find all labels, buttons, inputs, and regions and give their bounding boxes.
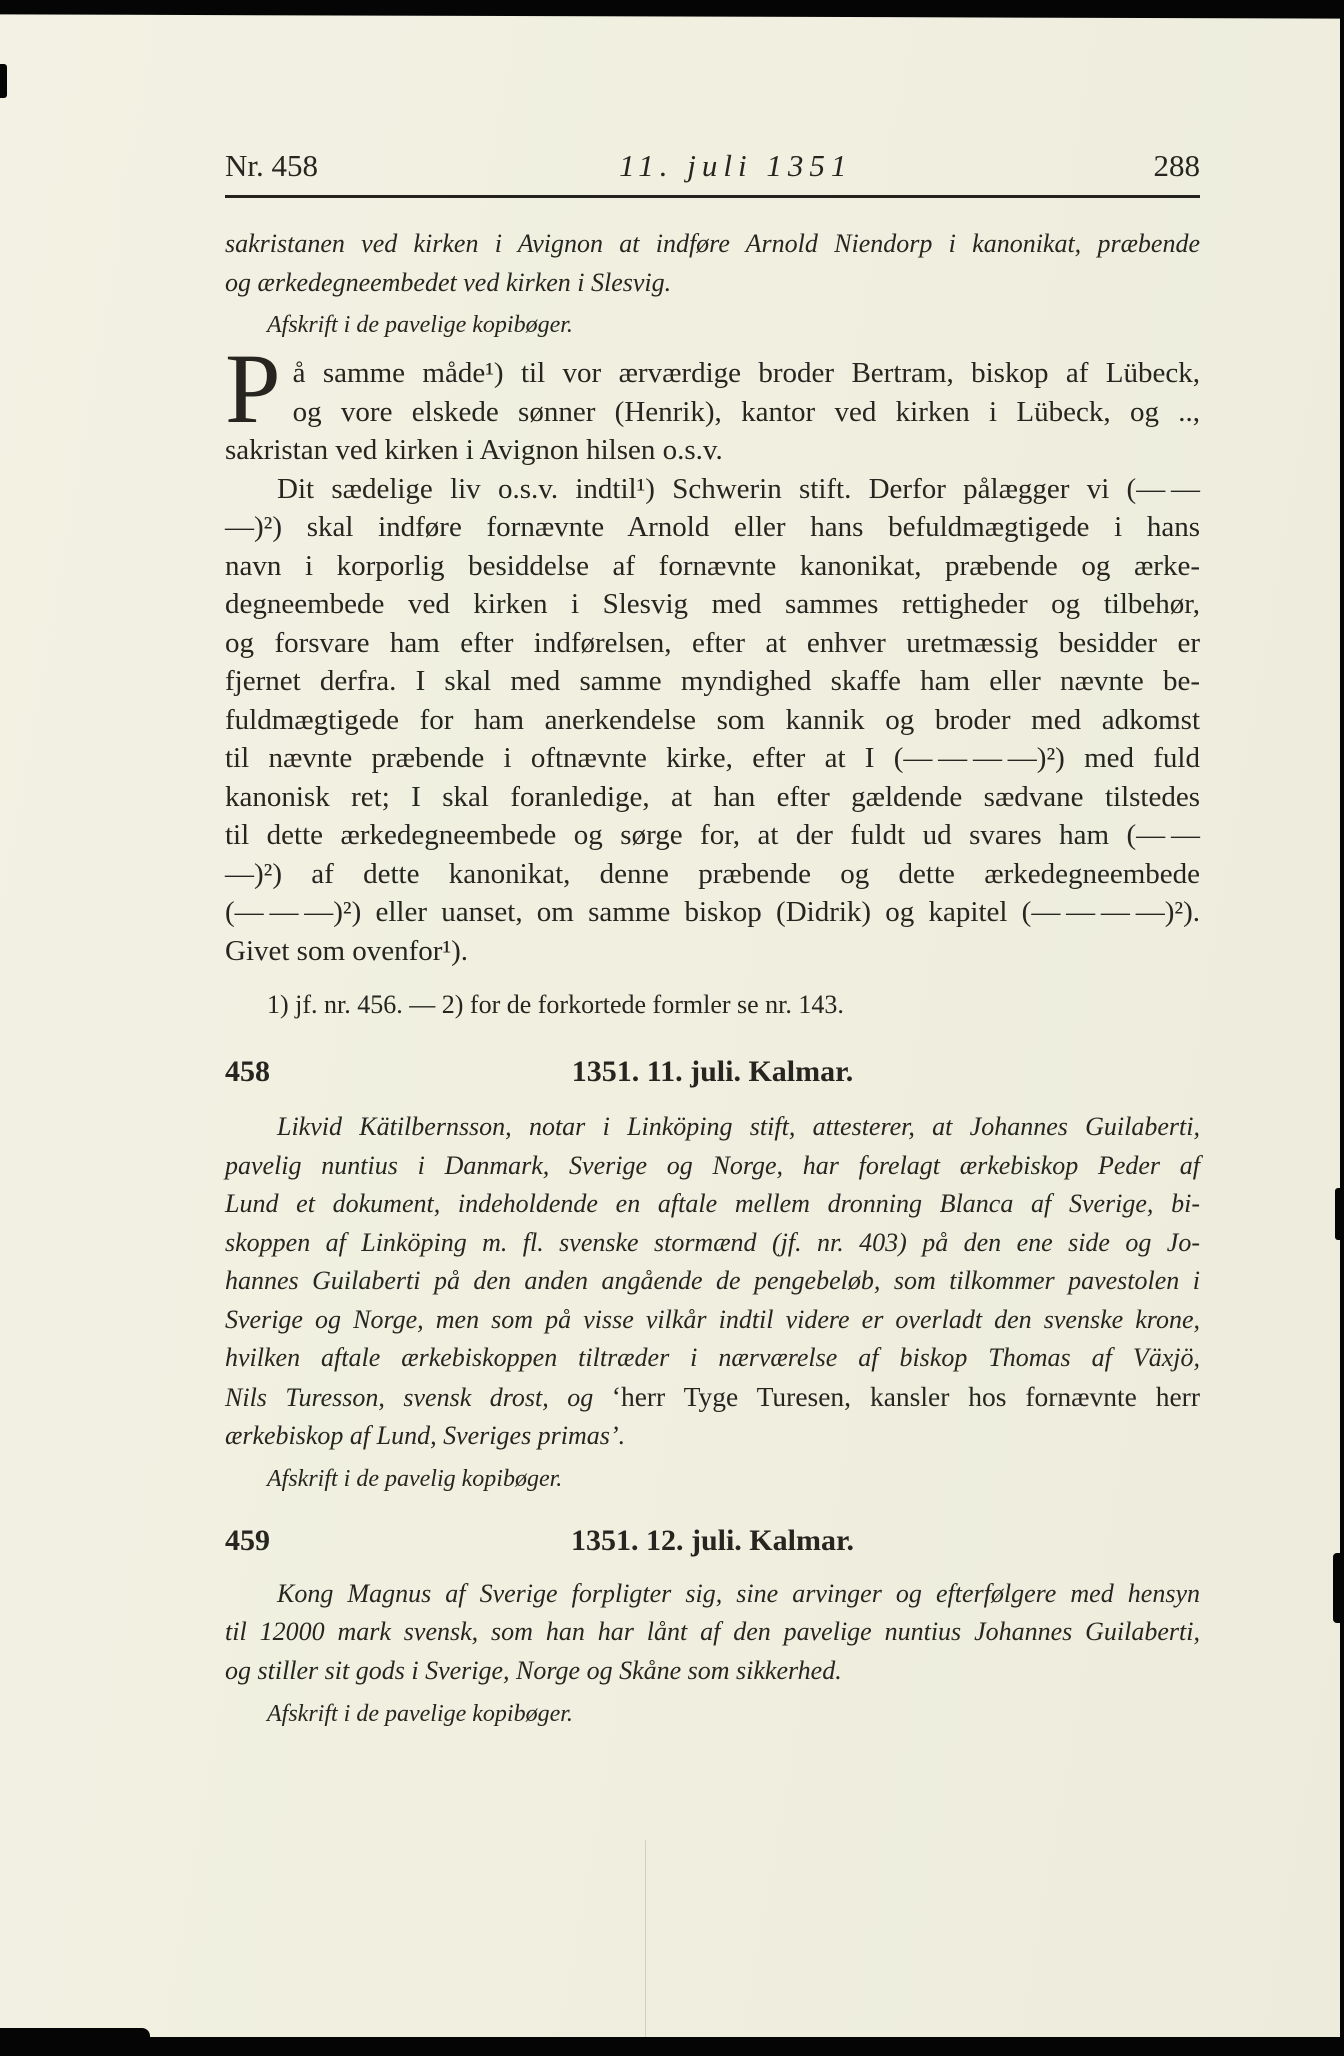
summary-italic-part: Nils Turesson, svensk drost, og bbox=[225, 1383, 612, 1412]
text-line: fjernet derfra. I skal med samme myndigh… bbox=[225, 662, 1200, 701]
scan-edge-bottom bbox=[0, 2037, 1344, 2056]
scan-blot bbox=[0, 64, 7, 98]
doc-457-continuation: sakristanen ved kirken i Avignon at indf… bbox=[225, 225, 1200, 1022]
text-line: og stiller sit gods i Sverige, Norge og … bbox=[225, 1652, 1200, 1691]
text-line: degneembede ved kirken i Slesvig med sam… bbox=[225, 585, 1200, 624]
text-line: Lund et dokument, indeholdende en aftale… bbox=[225, 1185, 1200, 1224]
scan-edge-right bbox=[1340, 0, 1344, 2056]
scan-edge-bottom-step bbox=[0, 2028, 150, 2044]
spacer bbox=[853, 1052, 1200, 1092]
text-line: Sverige og Norge, men som på visse vilkå… bbox=[225, 1301, 1200, 1340]
text-line: hvilken aftale ærkebiskoppen tiltræder i… bbox=[225, 1339, 1200, 1378]
text-line: hannes Guilaberti på den anden angående … bbox=[225, 1262, 1200, 1301]
doc-458: 458 1351. 11. juli. Kalmar. Likvid Kätil… bbox=[225, 1052, 1200, 1495]
text-line: sakristanen ved kirken i Avignon at indf… bbox=[225, 225, 1200, 264]
doc-457-source-note: Afskrift i de pavelige kopibøger. bbox=[267, 309, 1200, 341]
text-line: Likvid Kätilbernsson, notar i Linköping … bbox=[225, 1108, 1200, 1147]
doc-459-date: 1351. 12. juli. Kalmar. bbox=[571, 1521, 854, 1561]
doc-457-body: P å samme måde¹) til vor ærværdige brode… bbox=[225, 354, 1200, 970]
scan-blot bbox=[1335, 1188, 1344, 1240]
doc-458-date: 1351. 11. juli. Kalmar. bbox=[572, 1052, 853, 1092]
text-line: —)²) af dette kanonikat, denne præbende … bbox=[225, 855, 1200, 894]
running-date: 11. juli 1351 bbox=[619, 146, 852, 186]
text-line: navn i korporlig besiddelse af fornævnte… bbox=[225, 547, 1200, 586]
text-line: å samme måde¹) til vor ærværdige broder … bbox=[225, 354, 1200, 393]
doc-457-summary: sakristanen ved kirken i Avignon at indf… bbox=[225, 225, 1200, 302]
text-line: Givet som ovenfor¹). bbox=[225, 932, 1200, 971]
scanned-page: Nr. 458 11. juli 1351 288 sakristanen ve… bbox=[0, 0, 1344, 2056]
page-crease bbox=[645, 1840, 646, 2038]
page-number: 288 bbox=[1153, 146, 1200, 186]
text-line: og ærkedegneembedet ved kirken i Slesvig… bbox=[225, 264, 1200, 303]
text-line: fuldmægtigede for ham anerkendelse som k… bbox=[225, 701, 1200, 740]
doc-457-footnote: 1) jf. nr. 456. — 2) for de forkortede f… bbox=[267, 988, 1200, 1022]
doc-459-source-note: Afskrift i de pavelige kopibøger. bbox=[267, 1698, 1200, 1730]
text-line: —)²) skal indføre fornævnte Arnold eller… bbox=[225, 508, 1200, 547]
text-line: sakristan ved kirken i Avignon hilsen o.… bbox=[225, 431, 1200, 470]
doc-459: 459 1351. 12. juli. Kalmar. Kong Magnus … bbox=[225, 1521, 1200, 1731]
doc-459-summary: Kong Magnus af Sverige forpligter sig, s… bbox=[225, 1575, 1200, 1691]
text-line: til nævnte præbende i oftnævnte kirke, e… bbox=[225, 739, 1200, 778]
doc-458-source-note: Afskrift i de pavelig kopibøger. bbox=[267, 1463, 1200, 1495]
text-line: Nils Turesson, svensk drost, og ‘herr Ty… bbox=[225, 1378, 1200, 1418]
text-line: Kong Magnus af Sverige forpligter sig, s… bbox=[225, 1575, 1200, 1614]
doc-458-number: 458 bbox=[225, 1052, 270, 1092]
doc-458-heading: 458 1351. 11. juli. Kalmar. bbox=[225, 1052, 1200, 1092]
text-line: til 12000 mark svensk, som han har lånt … bbox=[225, 1613, 1200, 1652]
text-line: pavelig nuntius i Danmark, Sverige og No… bbox=[225, 1147, 1200, 1186]
summary-roman-part: ‘herr Tyge Turesen, kansler hos fornævnt… bbox=[612, 1381, 1200, 1412]
text-line: ærkebiskop af Lund, Sveriges primas’. bbox=[225, 1417, 1200, 1456]
text-line: (— — —)²) eller uanset, om samme biskop … bbox=[225, 893, 1200, 932]
doc-459-number: 459 bbox=[225, 1521, 270, 1561]
doc-459-heading: 459 1351. 12. juli. Kalmar. bbox=[225, 1521, 1200, 1561]
text-line: kanonisk ret; I skal foranledige, at han… bbox=[225, 778, 1200, 817]
spacer bbox=[854, 1521, 1200, 1561]
text-line: Dit sædelige liv o.s.v. indtil¹) Schweri… bbox=[225, 470, 1200, 509]
running-header: Nr. 458 11. juli 1351 288 bbox=[225, 146, 1200, 186]
page-content: Nr. 458 11. juli 1351 288 sakristanen ve… bbox=[225, 0, 1200, 1730]
text-line: og vore elskede sønner (Henrik), kantor … bbox=[225, 393, 1200, 432]
doc-458-summary: Likvid Kätilbernsson, notar i Linköping … bbox=[225, 1108, 1200, 1456]
running-entry-number: Nr. 458 bbox=[225, 146, 318, 186]
drop-cap: P bbox=[225, 350, 293, 427]
text-line: og forsvare ham efter indførelsen, efter… bbox=[225, 624, 1200, 663]
text-line: skoppen af Linköping m. fl. svenske stor… bbox=[225, 1224, 1200, 1263]
header-rule bbox=[225, 195, 1200, 198]
scan-blot bbox=[1333, 1553, 1344, 1623]
text-line: til dette ærkedegneembede og sørge for, … bbox=[225, 816, 1200, 855]
